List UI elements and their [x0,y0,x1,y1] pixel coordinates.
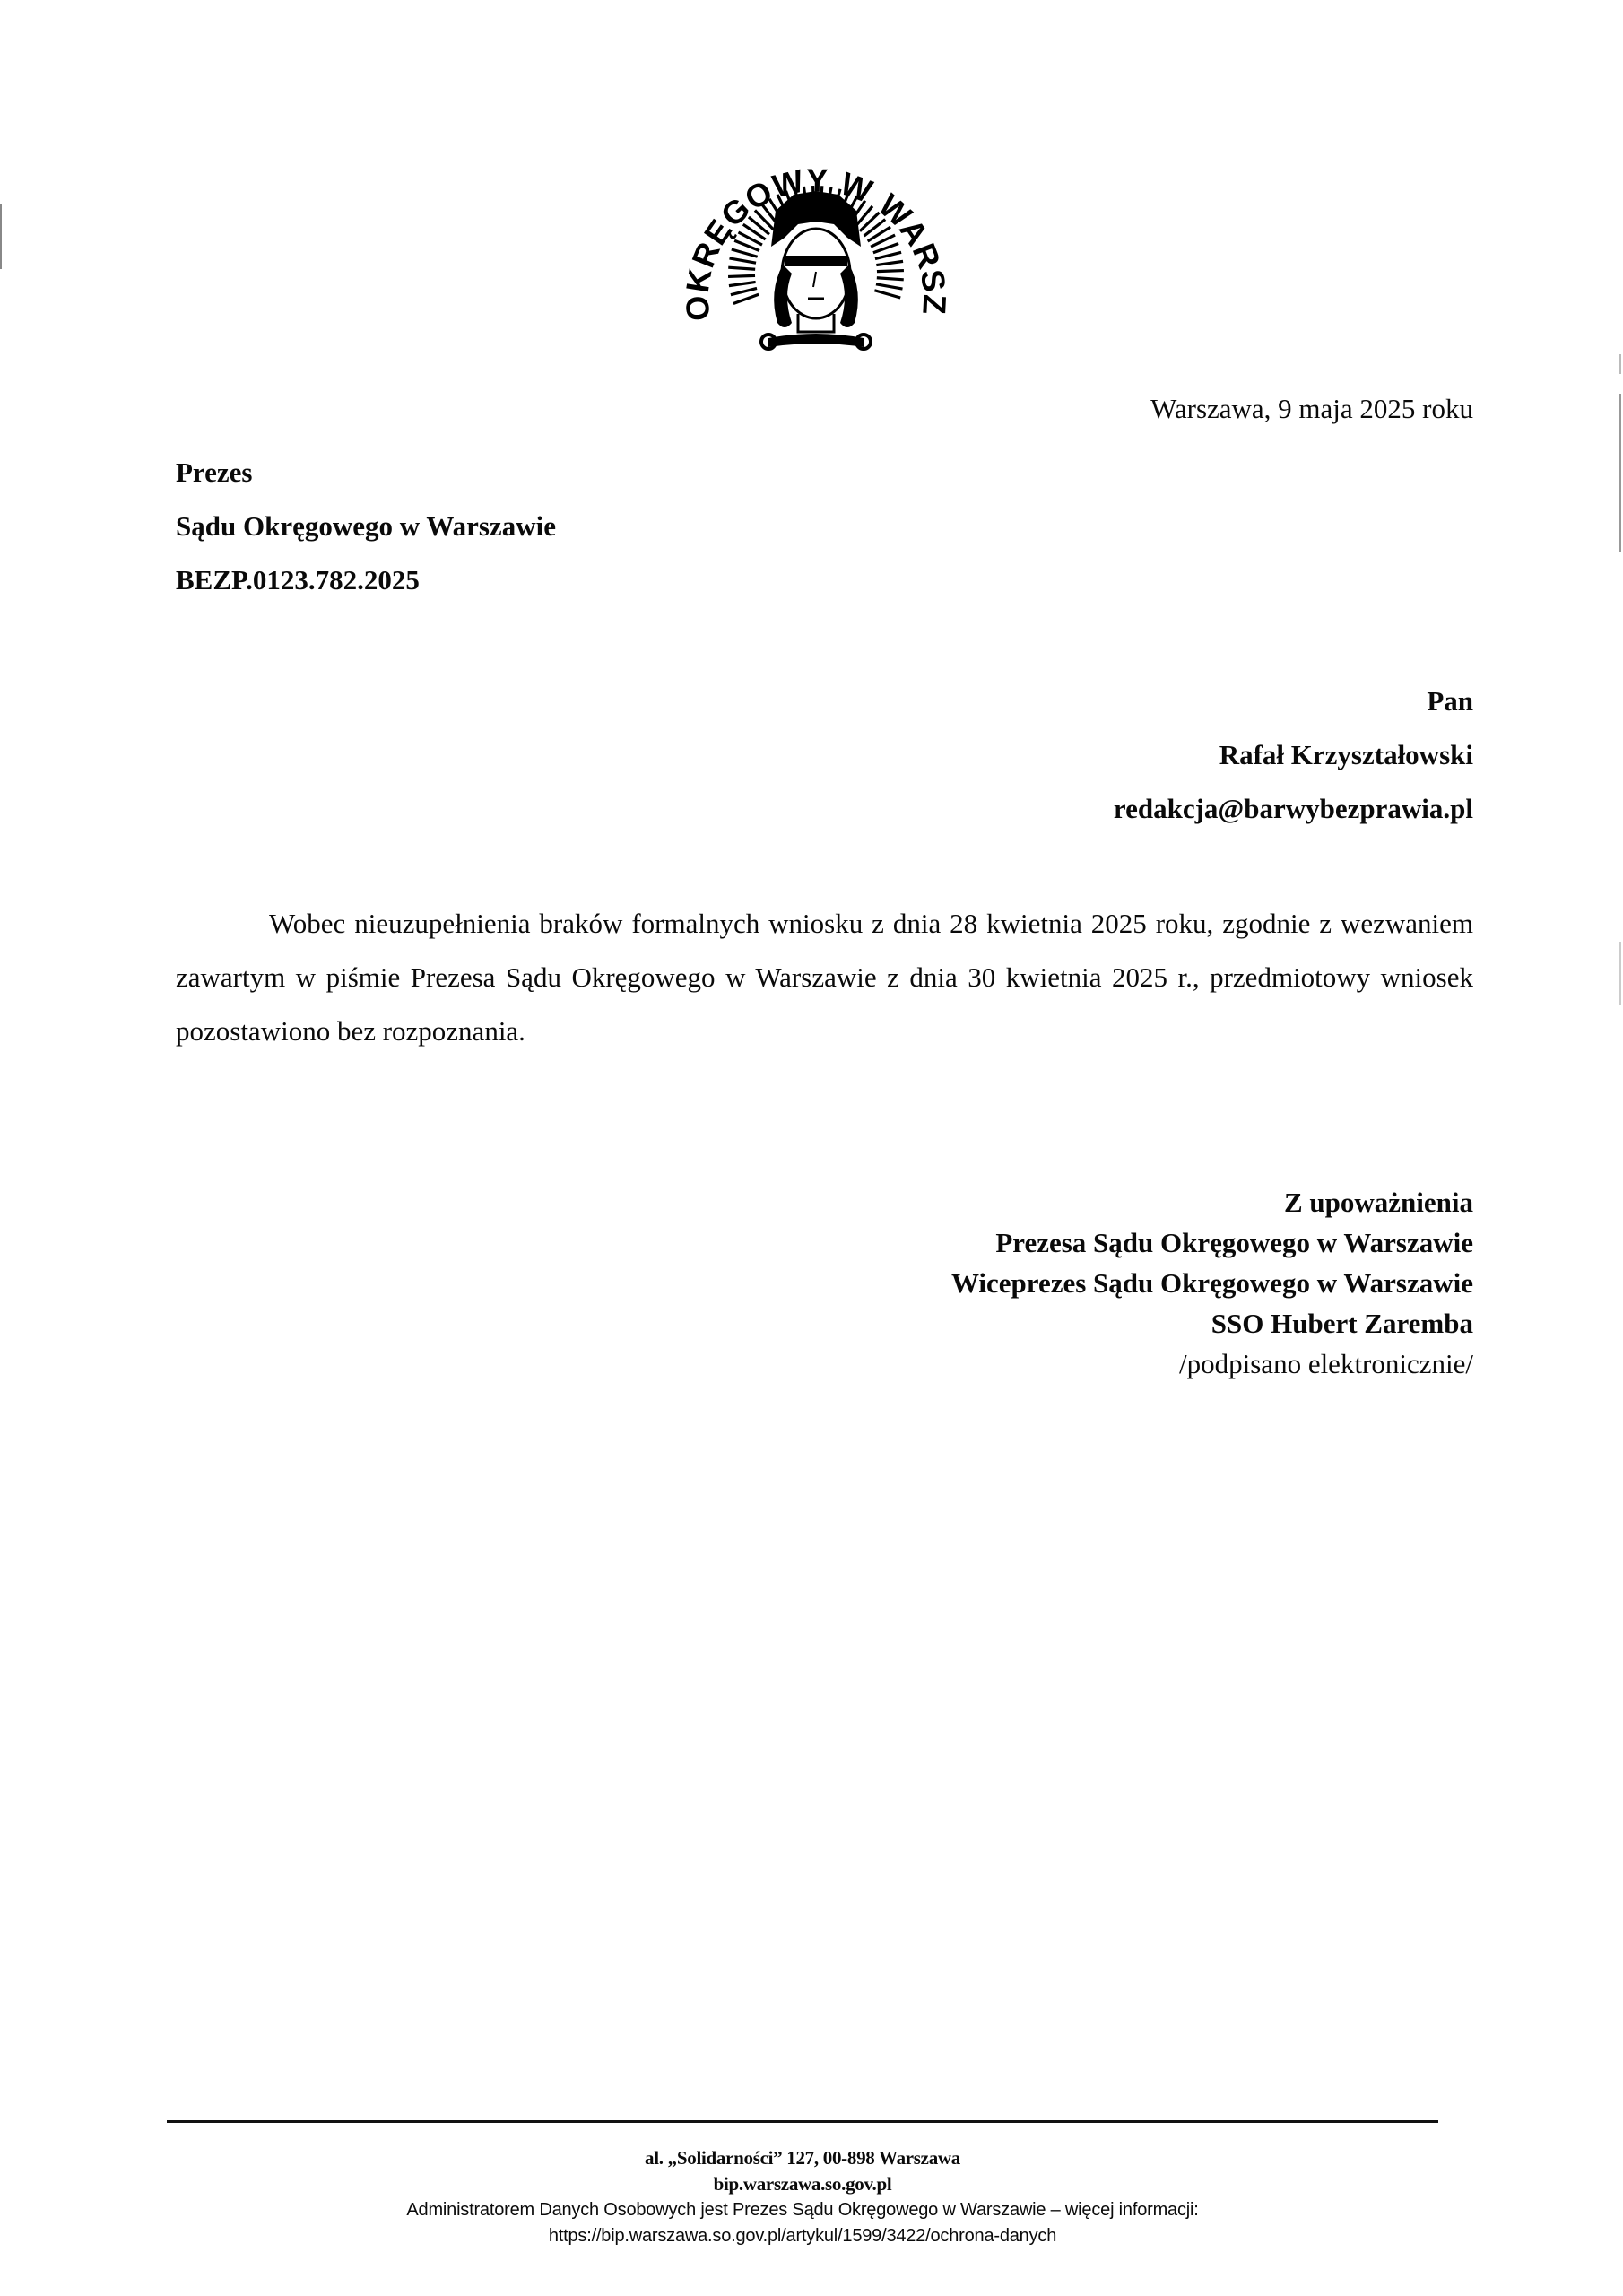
recipient-email: redakcja@barwybezprawia.pl [1114,782,1473,836]
signature-on-behalf: Prezesa Sądu Okręgowego w Warszawie [951,1222,1473,1263]
recipient-block: Pan Rafał Krzyształowski redakcja@barwyb… [1114,674,1473,836]
scan-edge-mark [1619,942,1621,1004]
court-seal-icon: SĄD OKRĘGOWY W WARSZAWIE [686,139,946,359]
signature-note: /podpisano elektronicznie/ [951,1344,1473,1384]
footer-privacy-link[interactable]: https://bip.warszawa.so.gov.pl/artykul/1… [167,2223,1438,2249]
scan-edge-mark [0,204,2,269]
sender-block: Prezes Sądu Okręgowego w Warszawie BEZP.… [176,446,556,607]
signature-authorization: Z upoważnienia [951,1182,1473,1222]
recipient-salutation: Pan [1114,674,1473,728]
scan-edge-mark [1619,354,1621,552]
letter-footer: al. „Solidarności” 127, 00-898 Warszawa … [167,2145,1438,2249]
footer-bip-link[interactable]: bip.warszawa.so.gov.pl [167,2171,1438,2197]
court-seal-logo: SĄD OKRĘGOWY W WARSZAWIE [686,139,946,359]
sender-institution: Sądu Okręgowego w Warszawie [176,500,556,553]
reference-number: BEZP.0123.782.2025 [176,553,556,607]
letter-body: Wobec nieuzupełnienia braków formalnych … [176,897,1473,1058]
sender-title: Prezes [176,446,556,500]
footer-divider [167,2120,1438,2123]
letter-date: Warszawa, 9 maja 2025 roku [1150,393,1473,425]
recipient-name: Rafał Krzyształowski [1114,728,1473,782]
signature-position: Wiceprezes Sądu Okręgowego w Warszawie [951,1263,1473,1303]
footer-data-admin-note: Administratorem Danych Osobowych jest Pr… [167,2197,1438,2223]
signature-block: Z upoważnienia Prezesa Sądu Okręgowego w… [951,1182,1473,1384]
signatory-name: SSO Hubert Zaremba [951,1303,1473,1344]
footer-address: al. „Solidarności” 127, 00-898 Warszawa [167,2145,1438,2171]
